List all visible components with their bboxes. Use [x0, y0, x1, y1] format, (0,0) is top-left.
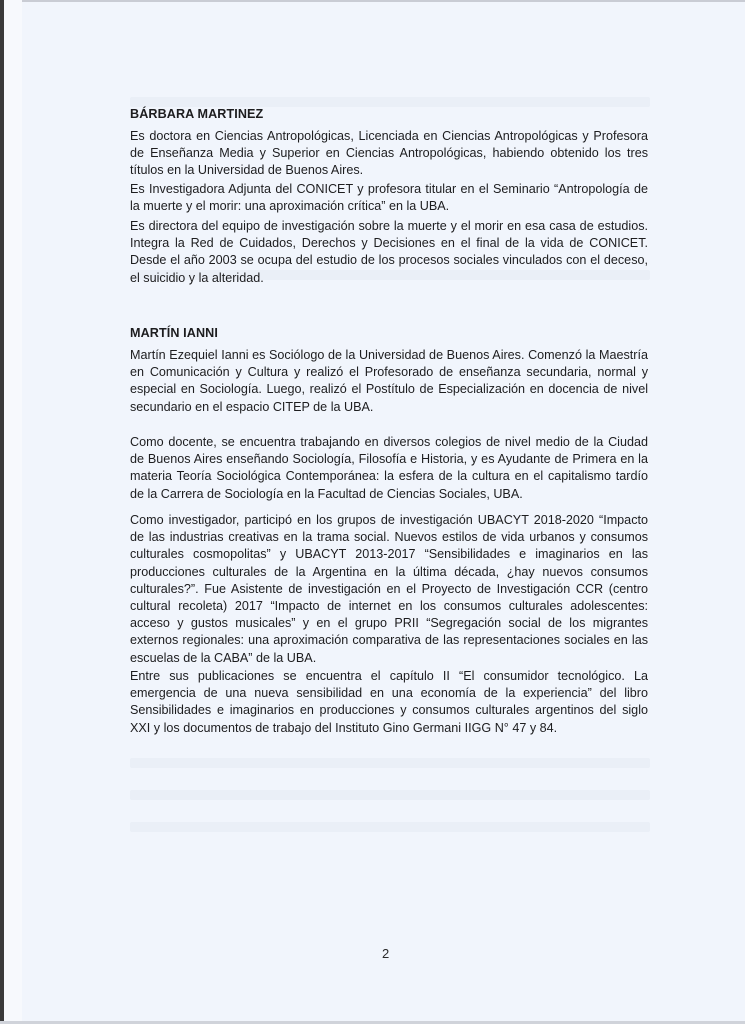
paragraph: Martín Ezequiel Ianni es Sociólogo de la… [130, 347, 648, 416]
scan-edge-top [22, 0, 745, 2]
paragraph: Es Investigadora Adjunta del CONICET y p… [130, 181, 648, 215]
paragraph: Entre sus publicaciones se encuentra el … [130, 668, 648, 737]
paragraph: Como docente, se encuentra trabajando en… [130, 434, 648, 503]
section-heading-martin-ianni: MARTÍN IANNI [130, 325, 218, 342]
page-number: 2 [382, 946, 389, 961]
paragraph: Es directora del equipo de investigación… [130, 218, 648, 287]
paragraph: Como investigador, participó en los grup… [130, 512, 648, 667]
paragraph: Es doctora en Ciencias Antropológicas, L… [130, 128, 648, 180]
bleed-through [130, 758, 650, 768]
bleed-through [130, 790, 650, 800]
scan-margin [4, 0, 22, 1024]
bleed-through [130, 822, 650, 832]
section-heading-barbara-martinez: BÁRBARA MARTINEZ [130, 106, 263, 123]
